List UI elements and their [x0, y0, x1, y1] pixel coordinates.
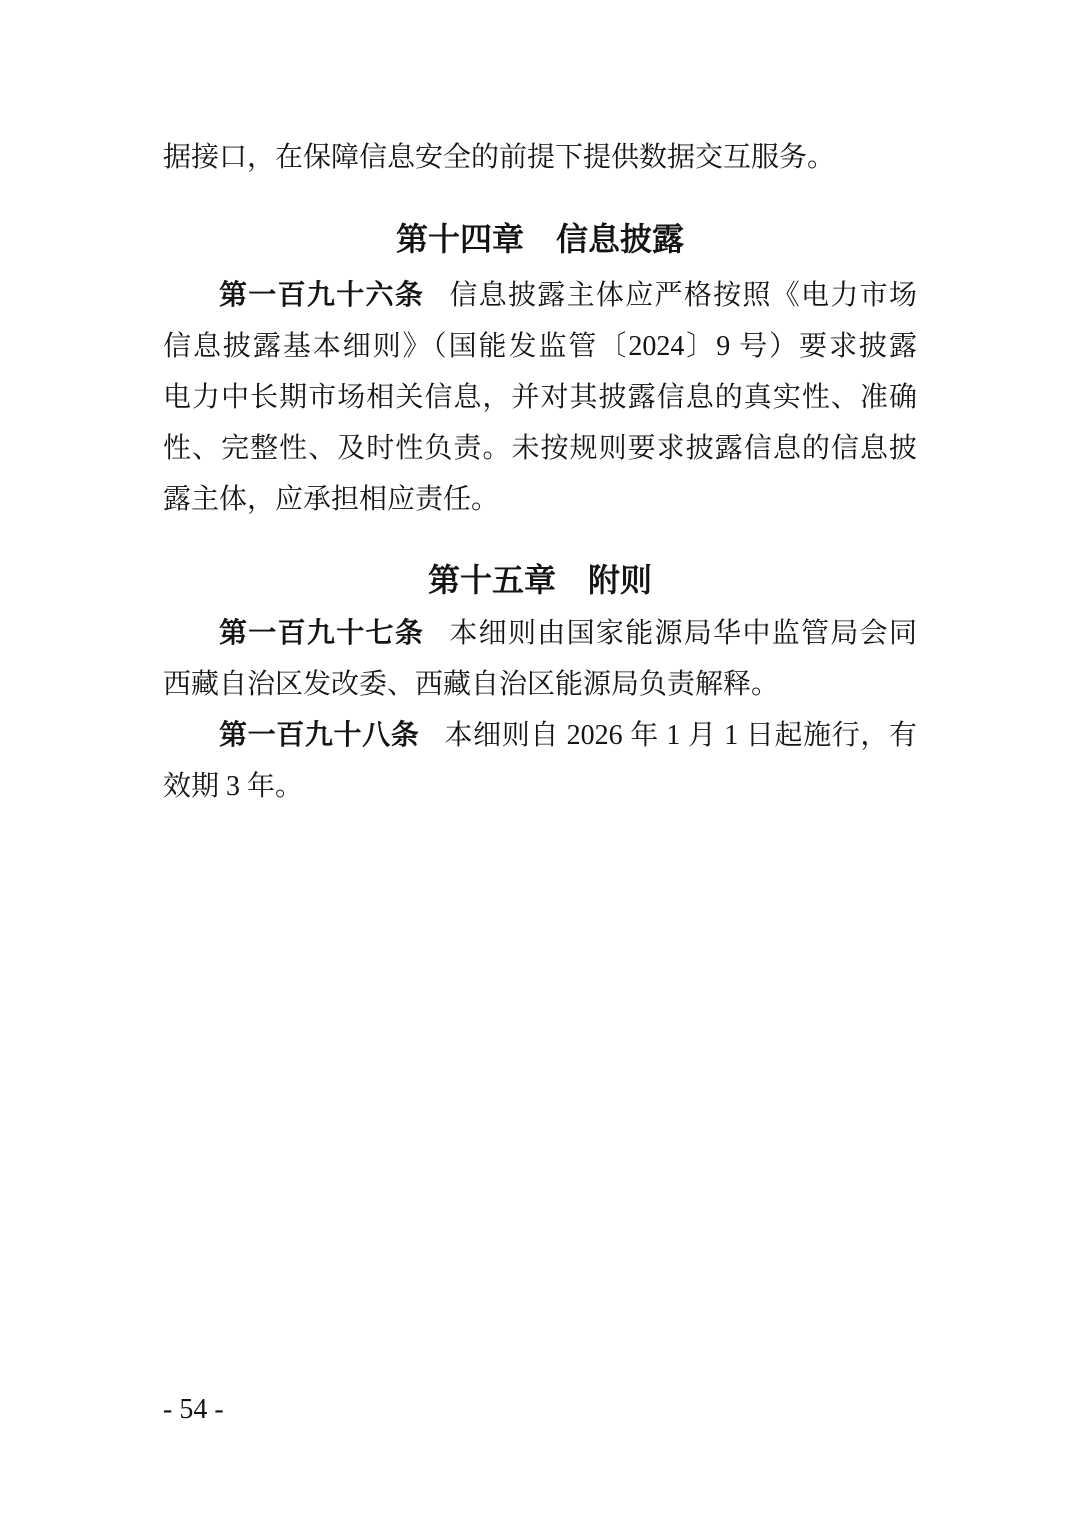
text-line: 西藏自治区发改委、西藏自治区能源局负责解释。	[163, 659, 917, 710]
text-line: 性、完整性、及时性负责。未按规则要求披露信息的信息披	[163, 423, 917, 474]
text-line: 第一百九十七条本细则由国家能源局华中监管局会同	[163, 607, 917, 659]
article-197-text: 本细则由国家能源局华中监管局会同	[449, 618, 917, 649]
paragraph-continuation: 据接口，在保障信息安全的前提下提供数据交互服务。	[163, 132, 917, 183]
text-line: 第一百九十六条信息披露主体应严格按照《电力市场	[163, 269, 917, 321]
article-197: 第一百九十七条本细则由国家能源局华中监管局会同 西藏自治区发改委、西藏自治区能源…	[163, 607, 917, 710]
article-196-text: 信息披露主体应严格按照《电力市场	[449, 280, 917, 311]
page-number: - 54 -	[163, 1392, 224, 1428]
article-196: 第一百九十六条信息披露主体应严格按照《电力市场 信息披露基本细则》（国能发监管〔…	[163, 269, 917, 525]
text-line: 第一百九十八条本细则自 2026 年 1 月 1 日起施行，有	[163, 709, 917, 761]
text-line: 电力中长期市场相关信息，并对其披露信息的真实性、准确	[163, 372, 917, 423]
article-196-number: 第一百九十六条	[219, 279, 424, 310]
article-197-number: 第一百九十七条	[219, 617, 424, 648]
text-line: 信息披露基本细则》（国能发监管〔2024〕9 号）要求披露	[163, 321, 917, 372]
text-line: 据接口，在保障信息安全的前提下提供数据交互服务。	[163, 132, 917, 183]
article-198-number: 第一百九十八条	[219, 719, 419, 750]
article-198-text: 本细则自 2026 年 1 月 1 日起施行，有	[445, 720, 917, 751]
article-198: 第一百九十八条本细则自 2026 年 1 月 1 日起施行，有 效期 3 年。	[163, 709, 917, 812]
chapter-15-heading: 第十五章 附则	[163, 555, 917, 606]
document-page: 据接口，在保障信息安全的前提下提供数据交互服务。 第十四章 信息披露 第一百九十…	[0, 0, 1080, 1527]
text-line: 效期 3 年。	[163, 761, 917, 812]
chapter-14-heading: 第十四章 信息披露	[163, 214, 917, 265]
text-line: 露主体，应承担相应责任。	[163, 474, 917, 525]
